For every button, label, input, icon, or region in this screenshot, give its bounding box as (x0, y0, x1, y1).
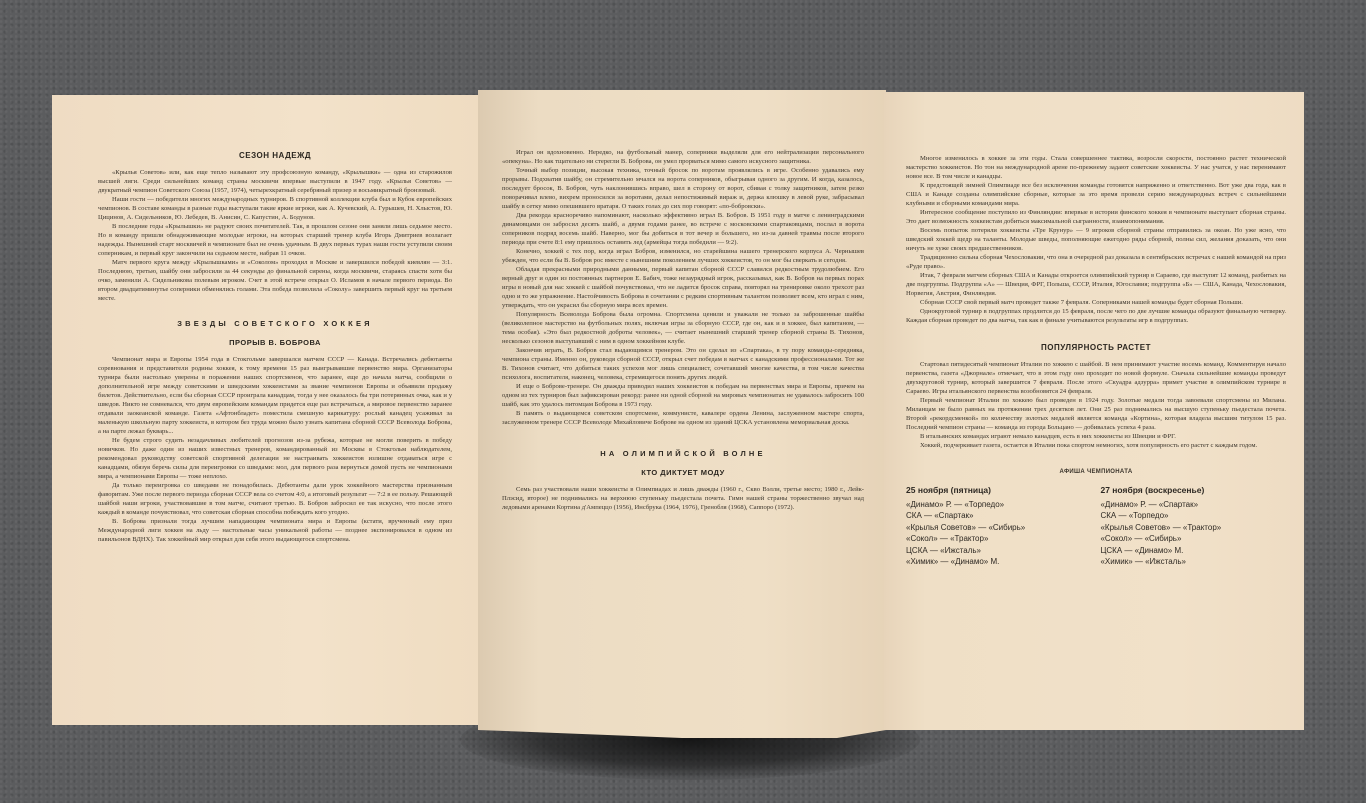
match-item: «Сокол» — «Сибирь» (1100, 533, 1280, 545)
paragraph: Однокруговой турнир в подгруппах продлит… (906, 307, 1286, 325)
match-item: «Динамо» Р. — «Спартак» (1100, 499, 1280, 511)
paragraph: Первый чемпионат Италии по хоккею был пр… (906, 396, 1286, 432)
paragraph: Не будем строго судить незадачливых люби… (98, 436, 452, 481)
match-item: «Химик» — «Ижсталь» (1100, 556, 1280, 568)
match-item: «Крылья Советов» — «Сибирь» (906, 522, 1086, 534)
paragraph: Обладая прекрасными природными данными, … (502, 265, 864, 310)
brochure-panel-right: Многое изменилось в хоккее за эти годы. … (884, 92, 1304, 730)
brochure-panel-left: СЕЗОН НАДЕЖД «Крылья Советов» или, как е… (52, 95, 482, 725)
subheading-who-sets-the-trend: КТО ДИКТУЕТ МОДУ (502, 468, 864, 477)
schedule-date: 27 ноября (воскресенье) (1100, 485, 1280, 497)
match-item: СКА — «Торпедо» (1100, 510, 1280, 522)
paragraph: Закончив играть, В. Бобров стал выдающим… (502, 346, 864, 382)
heading-popularity-grows: ПОПУЛЯРНОСТЬ РАСТЕТ (906, 343, 1286, 352)
match-item: «Химик» — «Динамо» М. (906, 556, 1086, 568)
article-olympics-continued: Многое изменилось в хоккее за эти годы. … (906, 154, 1286, 325)
paragraph: Традиционно сильна сборная Чехословакии,… (906, 253, 1286, 271)
article-bobrov-continued: Играл он вдохновенно. Нередко, на футбол… (502, 148, 864, 427)
paragraph: Два рекорда красноречиво напоминают, нас… (502, 211, 864, 247)
paragraph: Хоккей, подчеркивает газета, остается в … (906, 441, 1286, 450)
paragraph: В итальянских командах играют немало кан… (906, 432, 1286, 441)
schedule-day: 25 ноября (пятница) «Динамо» Р. — «Торпе… (906, 485, 1086, 568)
paragraph: Восемь попыток потеряли хоккеисты «Тре К… (906, 226, 1286, 253)
heading-championship-schedule: АФИША ЧЕМПИОНАТА (906, 468, 1286, 477)
subheading-bobrov-breakthrough: ПРОРЫВ В. БОБРОВА (98, 338, 452, 347)
paragraph: Многое изменилось в хоккее за эти годы. … (906, 154, 1286, 181)
match-item: ЦСКА — «Динамо» М. (1100, 545, 1280, 557)
paragraph: И еще о Боброве-тренере. Он дважды приво… (502, 382, 864, 409)
paragraph: Популярность Всеволода Боброва была огро… (502, 310, 864, 346)
paragraph: Итак, 7 февраля матчем сборных США и Кан… (906, 271, 1286, 298)
paragraph: Конечно, хоккей с тех пор, когда играл Б… (502, 247, 864, 265)
schedule-date: 25 ноября (пятница) (906, 485, 1086, 497)
paragraph: Стартовал пятидесятый чемпионат Италии п… (906, 360, 1286, 396)
paragraph: Точный выбор позиции, высокая техника, т… (502, 166, 864, 211)
paragraph: В. Боброва признали тогда лучшим нападаю… (98, 517, 452, 544)
match-item: «Сокол» — «Трактор» (906, 533, 1086, 545)
paragraph: В память о выдающемся советском спортсме… (502, 409, 864, 427)
paragraph: В последние годы «Крылышки» не радуют св… (98, 222, 452, 258)
paragraph: Да только переигровка со шведами не пона… (98, 481, 452, 517)
article-krylya-sovetov: «Крылья Советов» или, как еще тепло назы… (98, 168, 452, 303)
paragraph: Матч первого круга между «Крылышками» и … (98, 258, 452, 303)
match-schedule: 25 ноября (пятница) «Динамо» Р. — «Торпе… (906, 485, 1286, 568)
match-item: «Динамо» Р. — «Торпедо» (906, 499, 1086, 511)
paragraph: Наши гости — победители многих междунаро… (98, 195, 452, 222)
schedule-day: 27 ноября (воскресенье) «Динамо» Р. — «С… (1100, 485, 1280, 568)
article-bobrov: Чемпионат мира и Европы 1954 года в Сток… (98, 355, 452, 544)
match-item: СКА — «Спартак» (906, 510, 1086, 522)
match-item: ЦСКА — «Ижсталь» (906, 545, 1086, 557)
paragraph: Сборная СССР свой первый матч проведет т… (906, 298, 1286, 307)
match-item: «Крылья Советов» — «Трактор» (1100, 522, 1280, 534)
paragraph: Чемпионат мира и Европы 1954 года в Сток… (98, 355, 452, 436)
paragraph: Семь раз участвовали наши хоккеисты в Ол… (502, 485, 864, 512)
brochure-panel-middle: Играл он вдохновенно. Нередко, на футбол… (478, 90, 886, 738)
article-italy: Стартовал пятидесятый чемпионат Италии п… (906, 360, 1286, 450)
article-olympics: Семь раз участвовали наши хоккеисты в Ол… (502, 485, 864, 512)
heading-stars-of-soviet-hockey: ЗВЕЗДЫ СОВЕТСКОГО ХОККЕЯ (98, 319, 452, 328)
paragraph: К предстоящей зимней Олимпиаде все без и… (906, 181, 1286, 208)
paragraph: «Крылья Советов» или, как еще тепло назы… (98, 168, 452, 195)
paragraph: Интересное сообщение поступило из Финлян… (906, 208, 1286, 226)
heading-season-of-hopes: СЕЗОН НАДЕЖД (98, 151, 452, 160)
heading-olympic-wave: НА ОЛИМПИЙСКОЙ ВОЛНЕ (502, 449, 864, 458)
paragraph: Играл он вдохновенно. Нередко, на футбол… (502, 148, 864, 166)
